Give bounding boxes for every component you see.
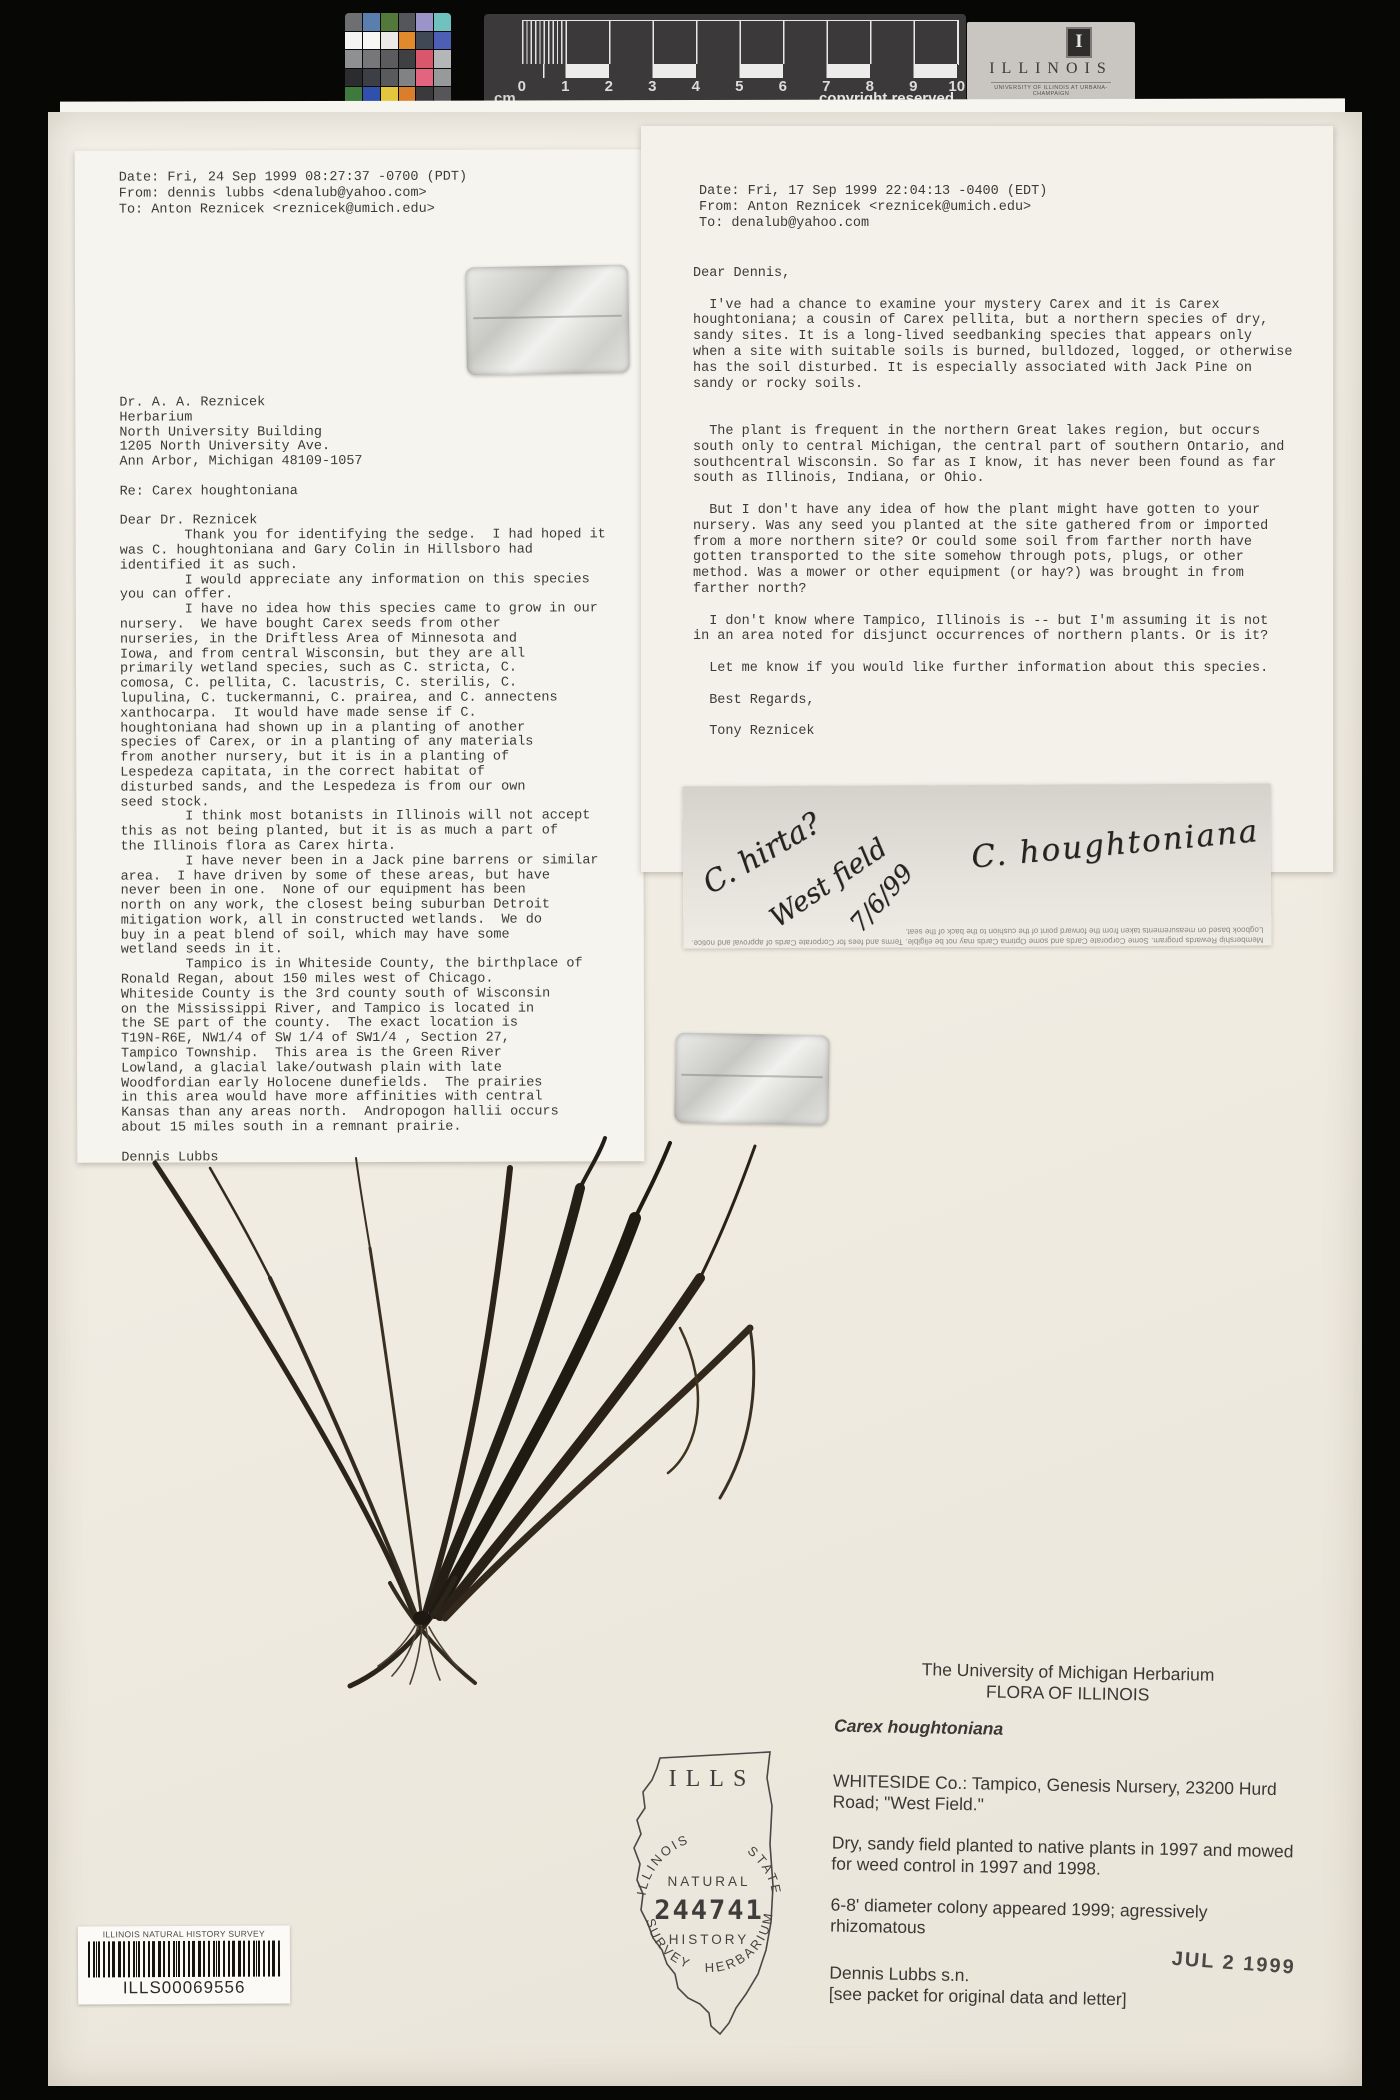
color-swatch (416, 50, 433, 68)
ills-history: HISTORY (669, 1932, 750, 1947)
letter-from-reznicek: Date: Fri, 17 Sep 1999 22:04:13 -0400 (E… (641, 126, 1334, 872)
color-swatch (345, 13, 362, 31)
ills-arc-state: STATE (745, 1843, 785, 1897)
color-swatch (345, 50, 362, 68)
handwriting-species: C. houghtoniana (970, 813, 1261, 876)
ills-abbr: ILLS (669, 1766, 756, 1792)
ruler-number: 4 (674, 78, 718, 95)
handwritten-annotation-strip: C. hirta? West field 7/6/99 C. houghtoni… (683, 783, 1272, 948)
ills-accession-stamp: ILLS ILLINOIS STATE NATURAL 244741 HISTO… (612, 1736, 812, 2068)
specimen-plant-carex (60, 1128, 820, 1728)
color-swatch (399, 50, 416, 68)
scale-mm-ticks (522, 20, 566, 64)
label-habitat: Dry, sandy field planted to native plant… (831, 1833, 1298, 1884)
color-swatch (399, 13, 416, 31)
color-swatch (416, 32, 433, 50)
illinois-outline (634, 1752, 773, 2034)
color-swatch (381, 69, 398, 87)
scale-checker-band (522, 64, 958, 78)
color-swatch (434, 13, 451, 31)
ruler-number: 1 (544, 78, 588, 95)
plant-base-knot (413, 1611, 431, 1625)
color-swatch (381, 50, 398, 68)
barcode-title: ILLINOIS NATURAL HISTORY SURVEY (78, 1928, 290, 1939)
label-locality: WHITESIDE Co.: Tampico, Genesis Nursery,… (832, 1771, 1299, 1822)
color-swatch (363, 13, 380, 31)
color-calibration-card (345, 13, 451, 105)
color-swatch (416, 69, 433, 87)
barcode-bars (88, 1940, 280, 1977)
ruler-number: 3 (631, 78, 675, 95)
scale-cm-ticks (522, 20, 959, 65)
foil-fragment-top (465, 265, 630, 376)
color-swatch (381, 32, 398, 50)
color-swatch (416, 13, 433, 31)
barcode-label: ILLINOIS NATURAL HISTORY SURVEY ILLS0006… (78, 1925, 290, 2004)
color-swatch (363, 69, 380, 87)
ruler-number: 5 (718, 78, 762, 95)
ills-natural: NATURAL (667, 1874, 750, 1889)
ills-accession-number: 244741 (654, 1895, 764, 1926)
color-swatch (345, 69, 362, 87)
foil-fragment-middle (674, 1033, 830, 1126)
color-swatch (345, 32, 362, 50)
letter-left-body: Dr. A. A. Reznicek Herbarium North Unive… (119, 395, 607, 1166)
color-swatch (381, 13, 398, 31)
illinois-wordmark: ILLINOIS (967, 60, 1135, 78)
letter-right-body: Dear Dennis, I've had a chance to examin… (693, 266, 1293, 740)
barcode-number: ILLS00069556 (78, 1977, 290, 1998)
illinois-subtext: UNIVERSITY OF ILLINOIS AT URBANA-CHAMPAI… (991, 82, 1111, 97)
ruler-number: 2 (587, 78, 631, 95)
color-swatch (363, 50, 380, 68)
illinois-monogram-icon: I (1066, 27, 1092, 58)
ruler-number: 6 (761, 78, 805, 95)
letter-left-header: Date: Fri, 24 Sep 1999 08:27:37 -0700 (P… (119, 170, 467, 219)
color-swatch (363, 32, 380, 50)
cm-scale-bar: 012345678910 cm copyright reserved (484, 14, 966, 110)
color-swatch (434, 50, 451, 68)
color-swatch (434, 69, 451, 87)
university-logo-card: I ILLINOIS UNIVERSITY OF ILLINOIS AT URB… (967, 22, 1135, 100)
label-notes: 6-8' diameter colony appeared 1999; agre… (830, 1895, 1297, 1946)
letter-right-header: Date: Fri, 17 Sep 1999 22:04:13 -0400 (E… (699, 184, 1047, 232)
upside-down-fine-print: Membership Rewards program. Some Corpora… (691, 926, 1263, 948)
label-species-name: Carex houghtoniana (834, 1716, 1300, 1746)
photo-canvas: 012345678910 cm copyright reserved I ILL… (0, 0, 1400, 2100)
color-swatch (434, 32, 451, 50)
plant-blades (155, 1138, 755, 1686)
determination-label: The University of Michigan Herbarium FLO… (829, 1658, 1302, 2014)
color-swatch (399, 69, 416, 87)
color-swatch (399, 32, 416, 50)
